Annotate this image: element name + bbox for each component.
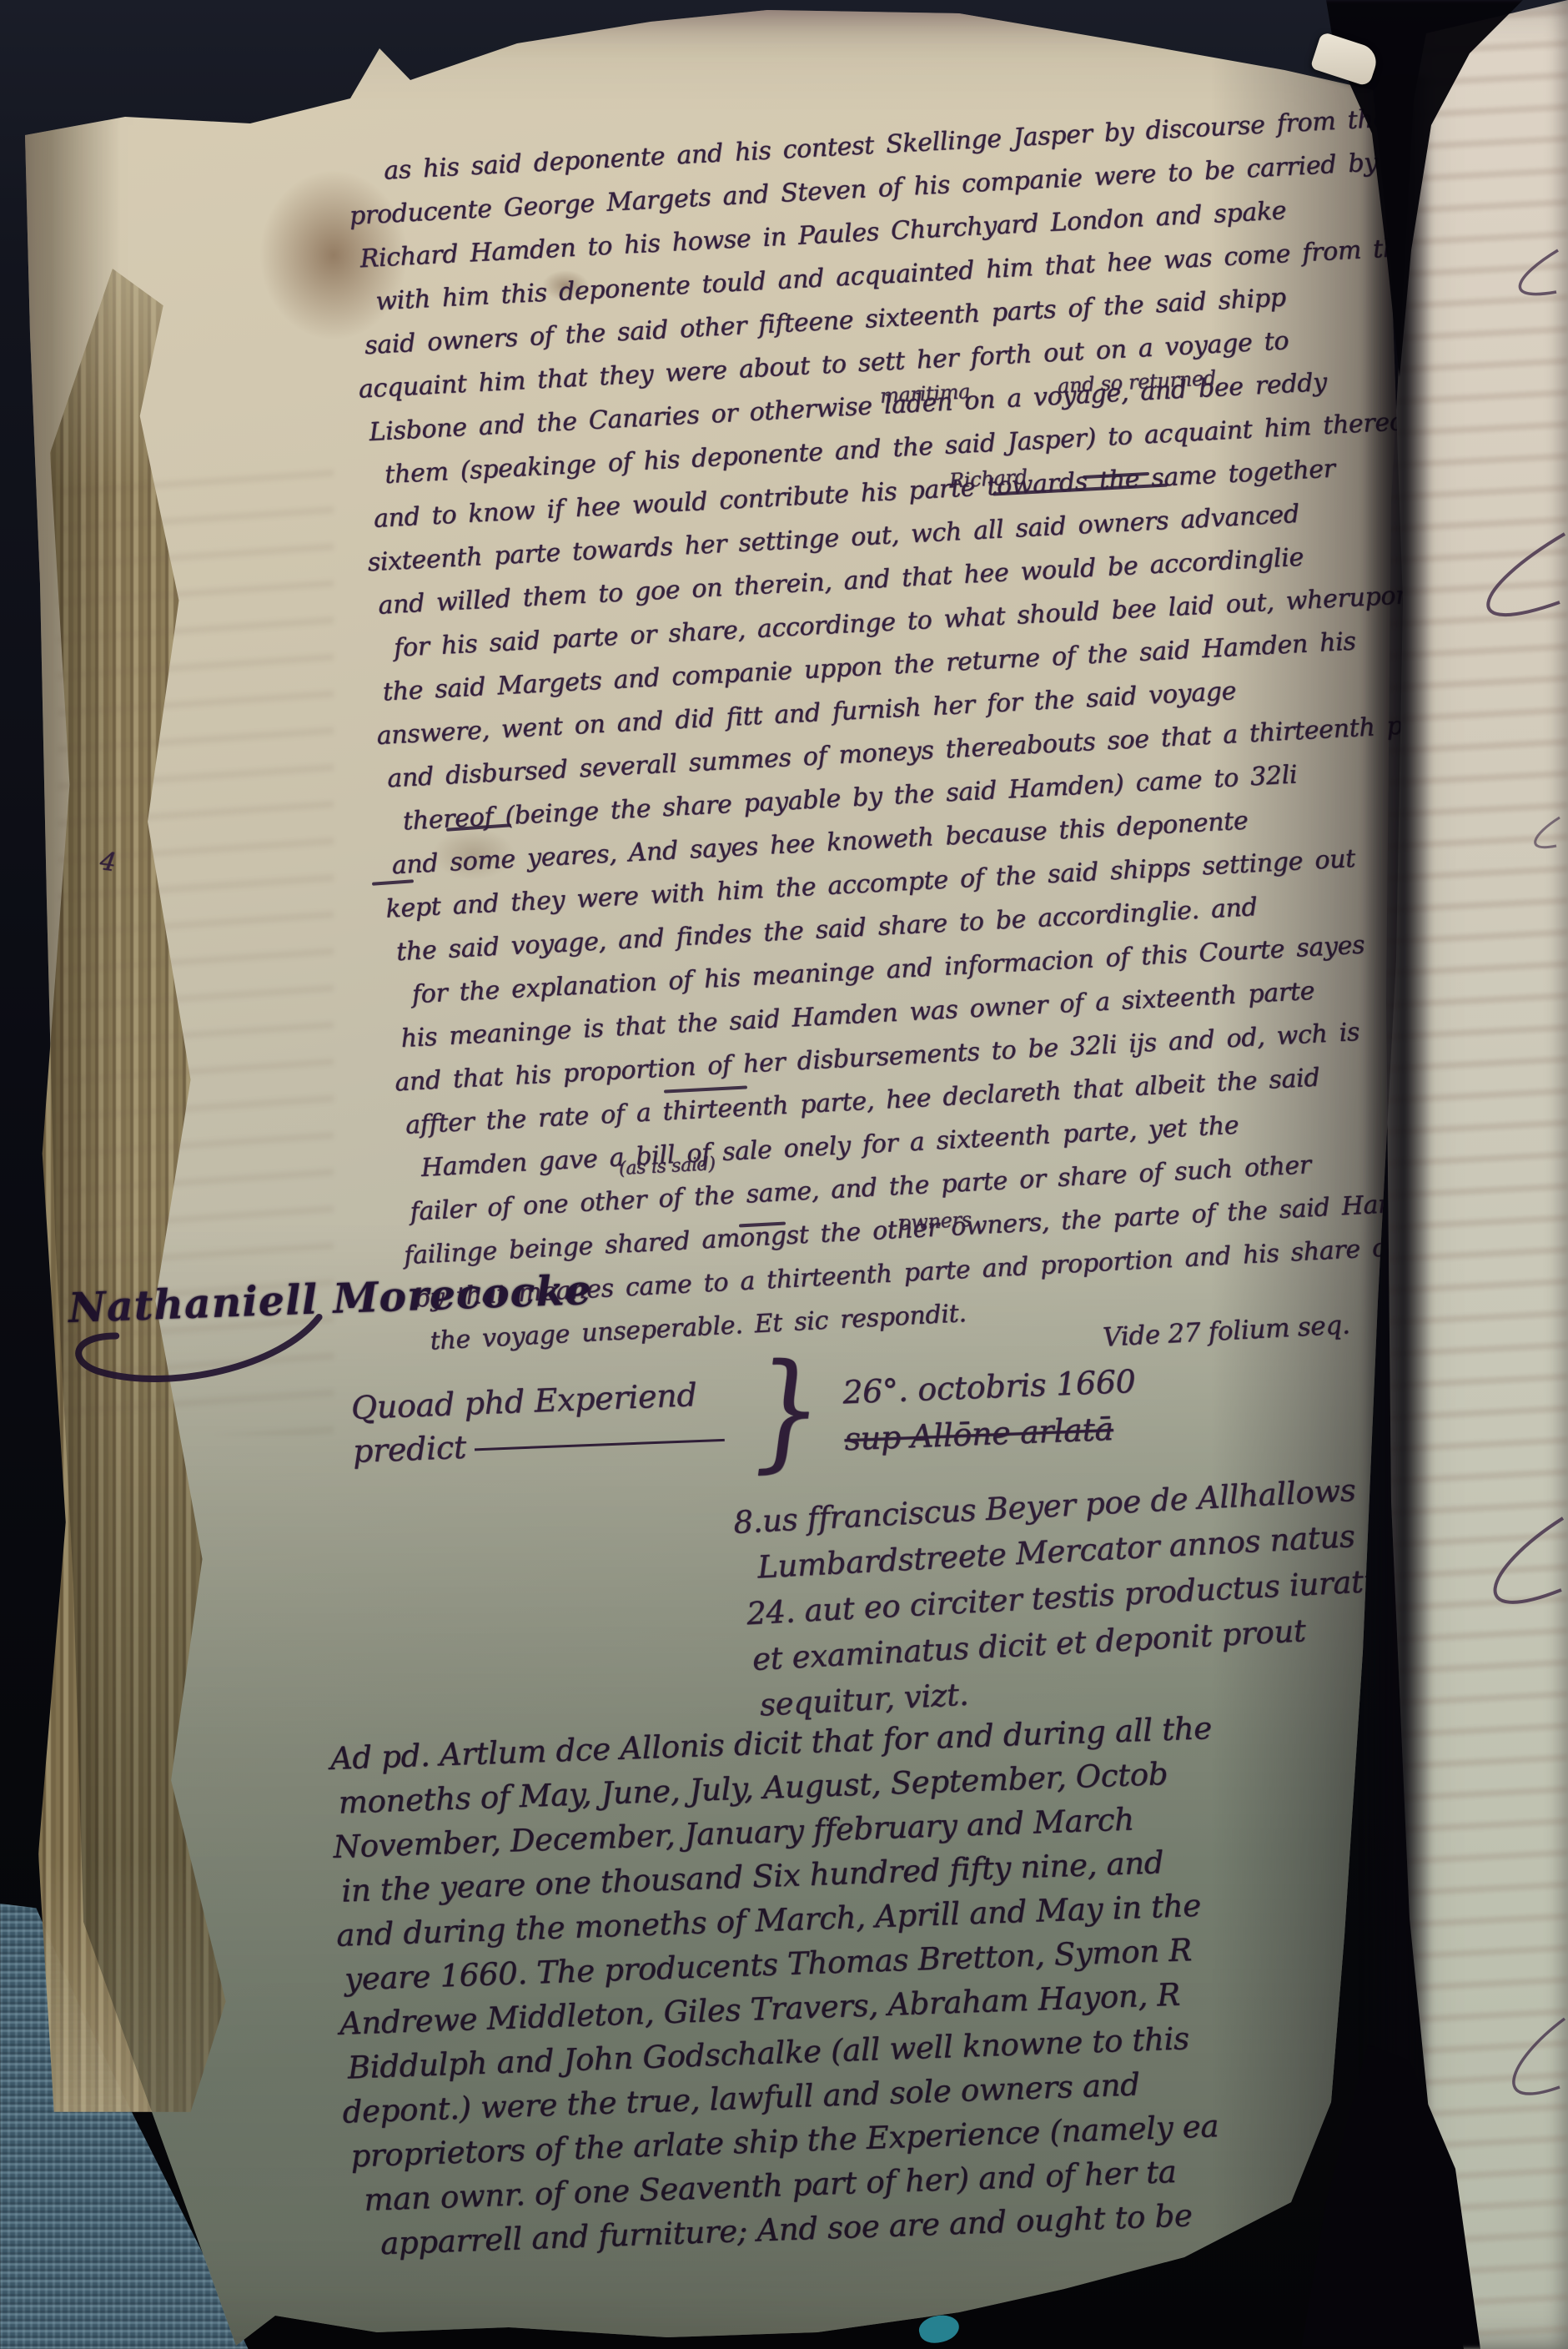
interlinear-insertion-owners: owners <box>898 1208 972 1235</box>
secretary-hand-block: as his said deponente and his contest Sk… <box>346 95 1484 1365</box>
manuscript-photo: as his said deponente and his contest Sk… <box>0 0 1568 2349</box>
english-deposition-block: Ad pd. Artlum dce Allonis dicit that for… <box>329 1699 1423 2267</box>
latin-deposition-block: 8.us ffranciscus Beyer poe de Allhallows… <box>732 1465 1410 1728</box>
left-page-content: as his said deponente and his contest Sk… <box>23 5 1405 2346</box>
interlinear-insertion-maritima: maritima <box>879 380 971 408</box>
session-brace: } <box>750 1356 823 1465</box>
session-allegation-line: sup Allōne arlatā <box>843 1405 1138 1462</box>
gutter-shadow <box>1361 75 1433 2144</box>
session-date: 26°. octobris 1660 sup Allōne arlatā <box>842 1358 1138 1462</box>
margin-mark: 4 <box>98 847 118 878</box>
signature-flourish <box>60 1303 339 1404</box>
facing-page-ink-strokes <box>1416 0 1568 2349</box>
ink-rule <box>475 1439 725 1451</box>
session-heading: Quoad phd Experiend predict } 26°. octob… <box>350 1356 1138 1481</box>
session-quoad-label: Quoad phd Experiend predict <box>350 1372 726 1473</box>
interlinear-insertion-richard: Richard <box>948 465 1028 493</box>
